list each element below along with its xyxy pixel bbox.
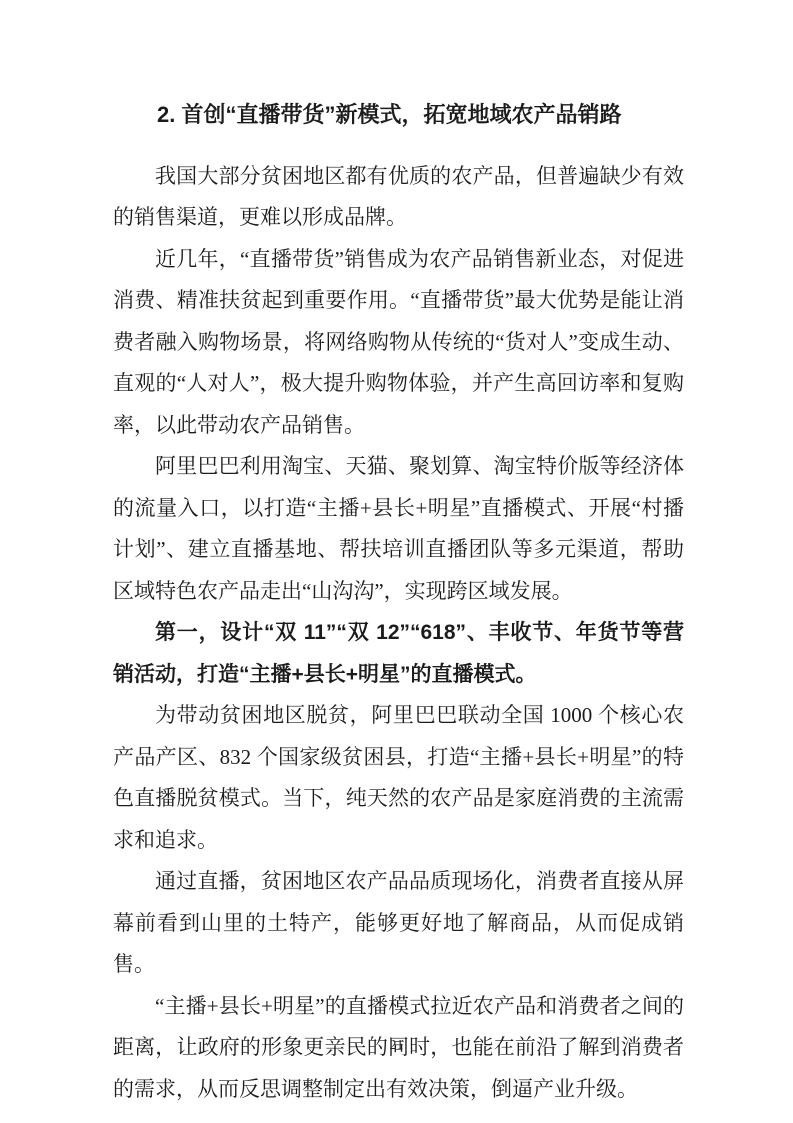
paragraph: 近几年，“直播带货”销售成为农产品销售新业态，对促进消费、精准扶贫起到重要作用。…	[113, 239, 684, 447]
paragraph: 我国大部分贫困地区都有优质的农产品，但普遍缺少有效的销售渠道，更难以形成品牌。	[113, 156, 684, 239]
document-page: 2. 首创“直播带货”新模式，拓宽地域农产品销路 我国大部分贫困地区都有优质的农…	[0, 0, 793, 1123]
document-body: 2. 首创“直播带货”新模式，拓宽地域农产品销路 我国大部分贫困地区都有优质的农…	[113, 94, 684, 1110]
section-heading: 2. 首创“直播带货”新模式，拓宽地域农产品销路	[113, 94, 684, 136]
paragraph: 阿里巴巴利用淘宝、天猫、聚划算、淘宝特价版等经济体的流量入口，以打造“主播+县长…	[113, 446, 684, 612]
paragraph: 为带动贫困地区脱贫，阿里巴巴联动全国 1000 个核心农产品产区、832 个国家…	[113, 695, 684, 861]
paragraph: 通过直播，贫困地区农产品品质现场化，消费者直接从屏幕前看到山里的土特产，能够更好…	[113, 861, 684, 986]
paragraph-emphasis: 第一，设计“双 11”“双 12”“618”、丰收节、年货节等营销活动，打造“主…	[113, 612, 684, 695]
page-number: 21	[0, 1038, 793, 1054]
